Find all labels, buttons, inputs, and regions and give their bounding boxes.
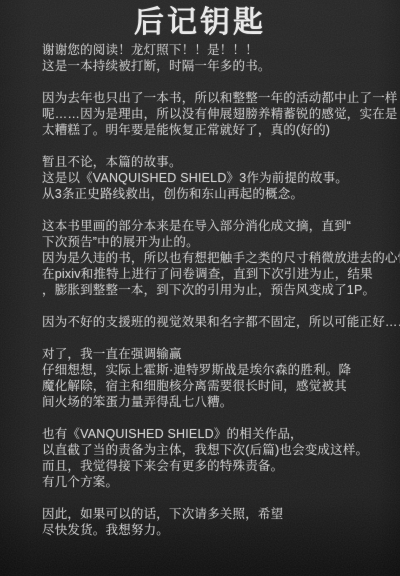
paragraph-story-premise: 暂且不论，本篇的故事。 这是以《VANQUISHED SHIELD》3作为前提的… (42, 154, 394, 202)
paragraph-book-content: 这本书里画的部分本来是在导入部分消化成文摘，直到“ 下次预告”中的展开为止的。 … (42, 218, 394, 298)
text-line: 而且，我觉得接下来会有更多的特殊责备。 (42, 458, 394, 474)
text-line: 因为不好的支援班的视觉效果和名字都不固定，所以可能正好…… (42, 314, 394, 330)
paragraph-closing: 因此，如果可以的话，下次请多关照，希望 尽快发货。我想努力。 (42, 506, 394, 538)
text-line: 从3条正史路线救出，创伤和东山再起的概念。 (42, 186, 394, 202)
text-line: 这本书里画的部分本来是在导入部分消化成文摘，直到“ (42, 218, 394, 234)
text-line: 以直截了当的责备为主体，我想下次(后篇)也会变成这样。 (42, 442, 394, 458)
text-line: ，膨胀到整整一本，到下次的引用为止，预告风变成了1P。 (42, 282, 394, 298)
text-line: 暂且不论，本篇的故事。 (42, 154, 394, 170)
paragraph-last-year: 因为去年也只出了一本书，所以和整整一年的活动都中止了一样 呢……因为是理由，所以… (42, 90, 394, 138)
text-line: 谢谢您的阅读！龙灯照下！！是！！！ (42, 42, 394, 58)
text-line: 有几个方案。 (42, 474, 394, 490)
paragraph-greeting: 谢谢您的阅读！龙灯照下！！是！！！ 这是一本持续被打断，时隔一年多的书。 (42, 42, 394, 74)
text-line: 也有《VANQUISHED SHIELD》的相关作品， (42, 426, 394, 442)
text-line: 间火场的笨蛋力量弄得乱七八糟。 (42, 394, 394, 410)
text-line: 这是一本持续被打断，时隔一年多的书。 (42, 58, 394, 74)
text-line: 因此，如果可以的话，下次请多关照，希望 (42, 506, 394, 522)
text-line: 因为是久违的书，所以也有想把触手之类的尺寸稍微放进去的心情 (42, 250, 394, 266)
afterword-page: 后记钥匙 谢谢您的阅读！龙灯照下！！是！！！ 这是一本持续被打断，时隔一年多的书… (0, 0, 400, 576)
text-line: 下次预告”中的展开为止的。 (42, 234, 394, 250)
text-line: 魔化解除，宿主和细胞核分离需要很长时间，感觉被其 (42, 378, 394, 394)
text-line: 在pixiv和推特上进行了问卷调查，直到下次引进为止，结果 (42, 266, 394, 282)
text-line: 太糟糕了。明年要是能恢复正常就好了，真的(好的) (42, 122, 394, 138)
text-line: 因为去年也只出了一本书，所以和整整一年的活动都中止了一样 (42, 90, 394, 106)
paragraph-win-lose: 对了，我一直在强调输赢 仔细想想，实际上霍斯·迪特罗斯战是埃尔森的胜利。降 魔化… (42, 346, 394, 410)
paragraph-support-class: 因为不好的支援班的视觉效果和名字都不固定，所以可能正好…… (42, 314, 394, 330)
text-line: 仔细想想，实际上霍斯·迪特罗斯战是埃尔森的胜利。降 (42, 362, 394, 378)
text-line: 尽快发货。我想努力。 (42, 522, 394, 538)
text-line: 对了，我一直在强调输赢 (42, 346, 394, 362)
page-title: 后记钥匙 (0, 0, 400, 40)
text-line: 呢……因为是理由，所以没有伸展翅膀养精蓄锐的感觉，实在是 (42, 106, 394, 122)
text-line: 这是以《VANQUISHED SHIELD》3作为前提的故事。 (42, 170, 394, 186)
afterword-body: 谢谢您的阅读！龙灯照下！！是！！！ 这是一本持续被打断，时隔一年多的书。 因为去… (0, 40, 400, 538)
paragraph-related-works: 也有《VANQUISHED SHIELD》的相关作品， 以直截了当的责备为主体，… (42, 426, 394, 490)
